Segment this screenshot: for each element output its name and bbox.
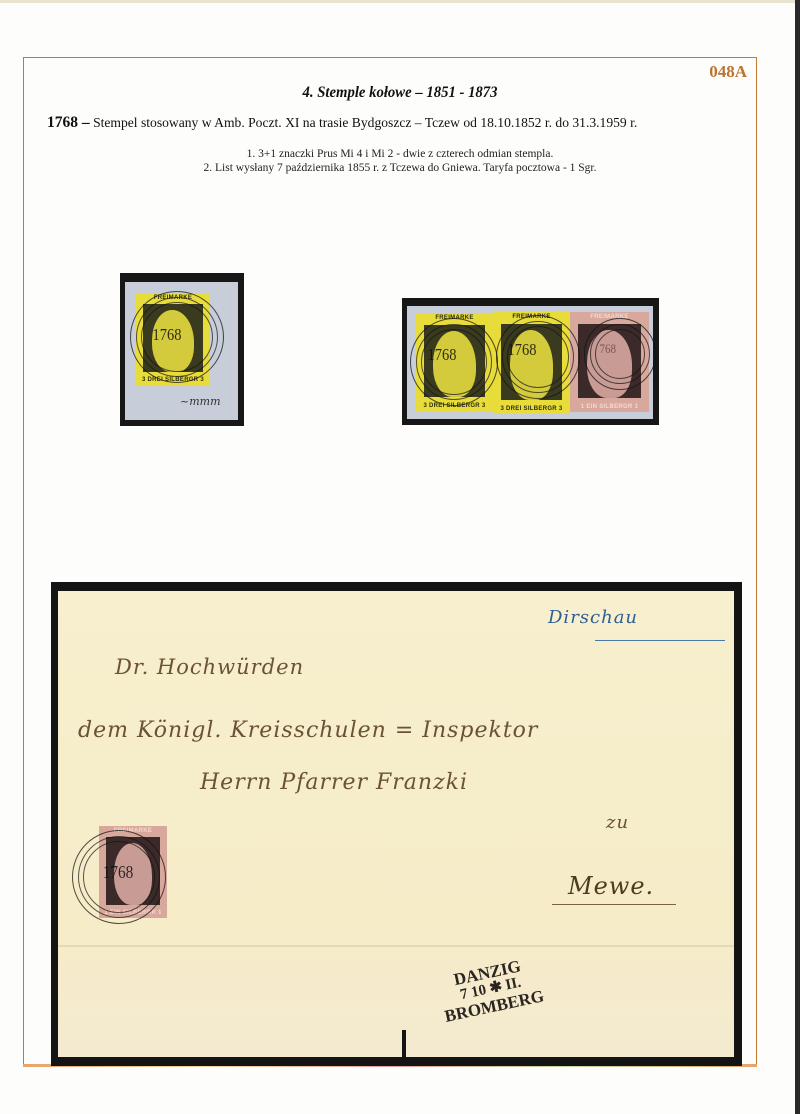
notes: 1. 3+1 znaczki Prus Mi 4 i Mi 2 - dwie z… bbox=[0, 147, 800, 175]
envelope-tear bbox=[402, 1030, 406, 1058]
address-line-1: Dr. Hochwürden bbox=[115, 655, 304, 679]
cancel-number: 768 bbox=[599, 341, 616, 357]
envelope-fold bbox=[58, 945, 734, 947]
cancel-number: 1768 bbox=[508, 340, 537, 360]
numeral-cancel-icon bbox=[584, 318, 656, 390]
cancel-number: 1768 bbox=[153, 325, 182, 345]
scan-edge-top bbox=[0, 0, 800, 3]
origin-underline bbox=[595, 640, 725, 641]
note-1: 1. 3+1 znaczki Prus Mi 4 i Mi 2 - dwie z… bbox=[0, 147, 800, 161]
origin-manuscript: Dirschau bbox=[548, 607, 638, 628]
stamp-bottom-label: 1 EIN SILBERGR 1 bbox=[570, 404, 649, 410]
address-line-5: Mewe. bbox=[568, 872, 654, 900]
address-line-2: dem Königl. Kreisschulen = Inspektor bbox=[78, 718, 538, 743]
section-title: 4. Stemple kołowe – 1851 - 1873 bbox=[32, 84, 768, 102]
page-number: 048A bbox=[709, 62, 747, 82]
destination-underline bbox=[552, 904, 676, 905]
address-line-3: Herrn Pfarrer Franzki bbox=[200, 770, 468, 795]
manuscript-mark: ~mmm bbox=[180, 395, 221, 408]
note-2: 2. List wysłany 7 października 1855 r. z… bbox=[0, 161, 800, 175]
subtitle: 1768 – Stempel stosowany w Amb. Poczt. X… bbox=[47, 114, 637, 132]
cancel-number: 1768 bbox=[103, 862, 134, 883]
subtitle-text: Stempel stosowany w Amb. Poczt. XI na tr… bbox=[90, 116, 638, 131]
subtitle-cancel-number: 1768 – bbox=[47, 114, 90, 131]
address-line-4: zu bbox=[606, 812, 629, 833]
cancel-number: 1768 bbox=[428, 345, 457, 365]
stamp-bottom-label: 3 DREI SILBERGR 3 bbox=[493, 406, 570, 412]
